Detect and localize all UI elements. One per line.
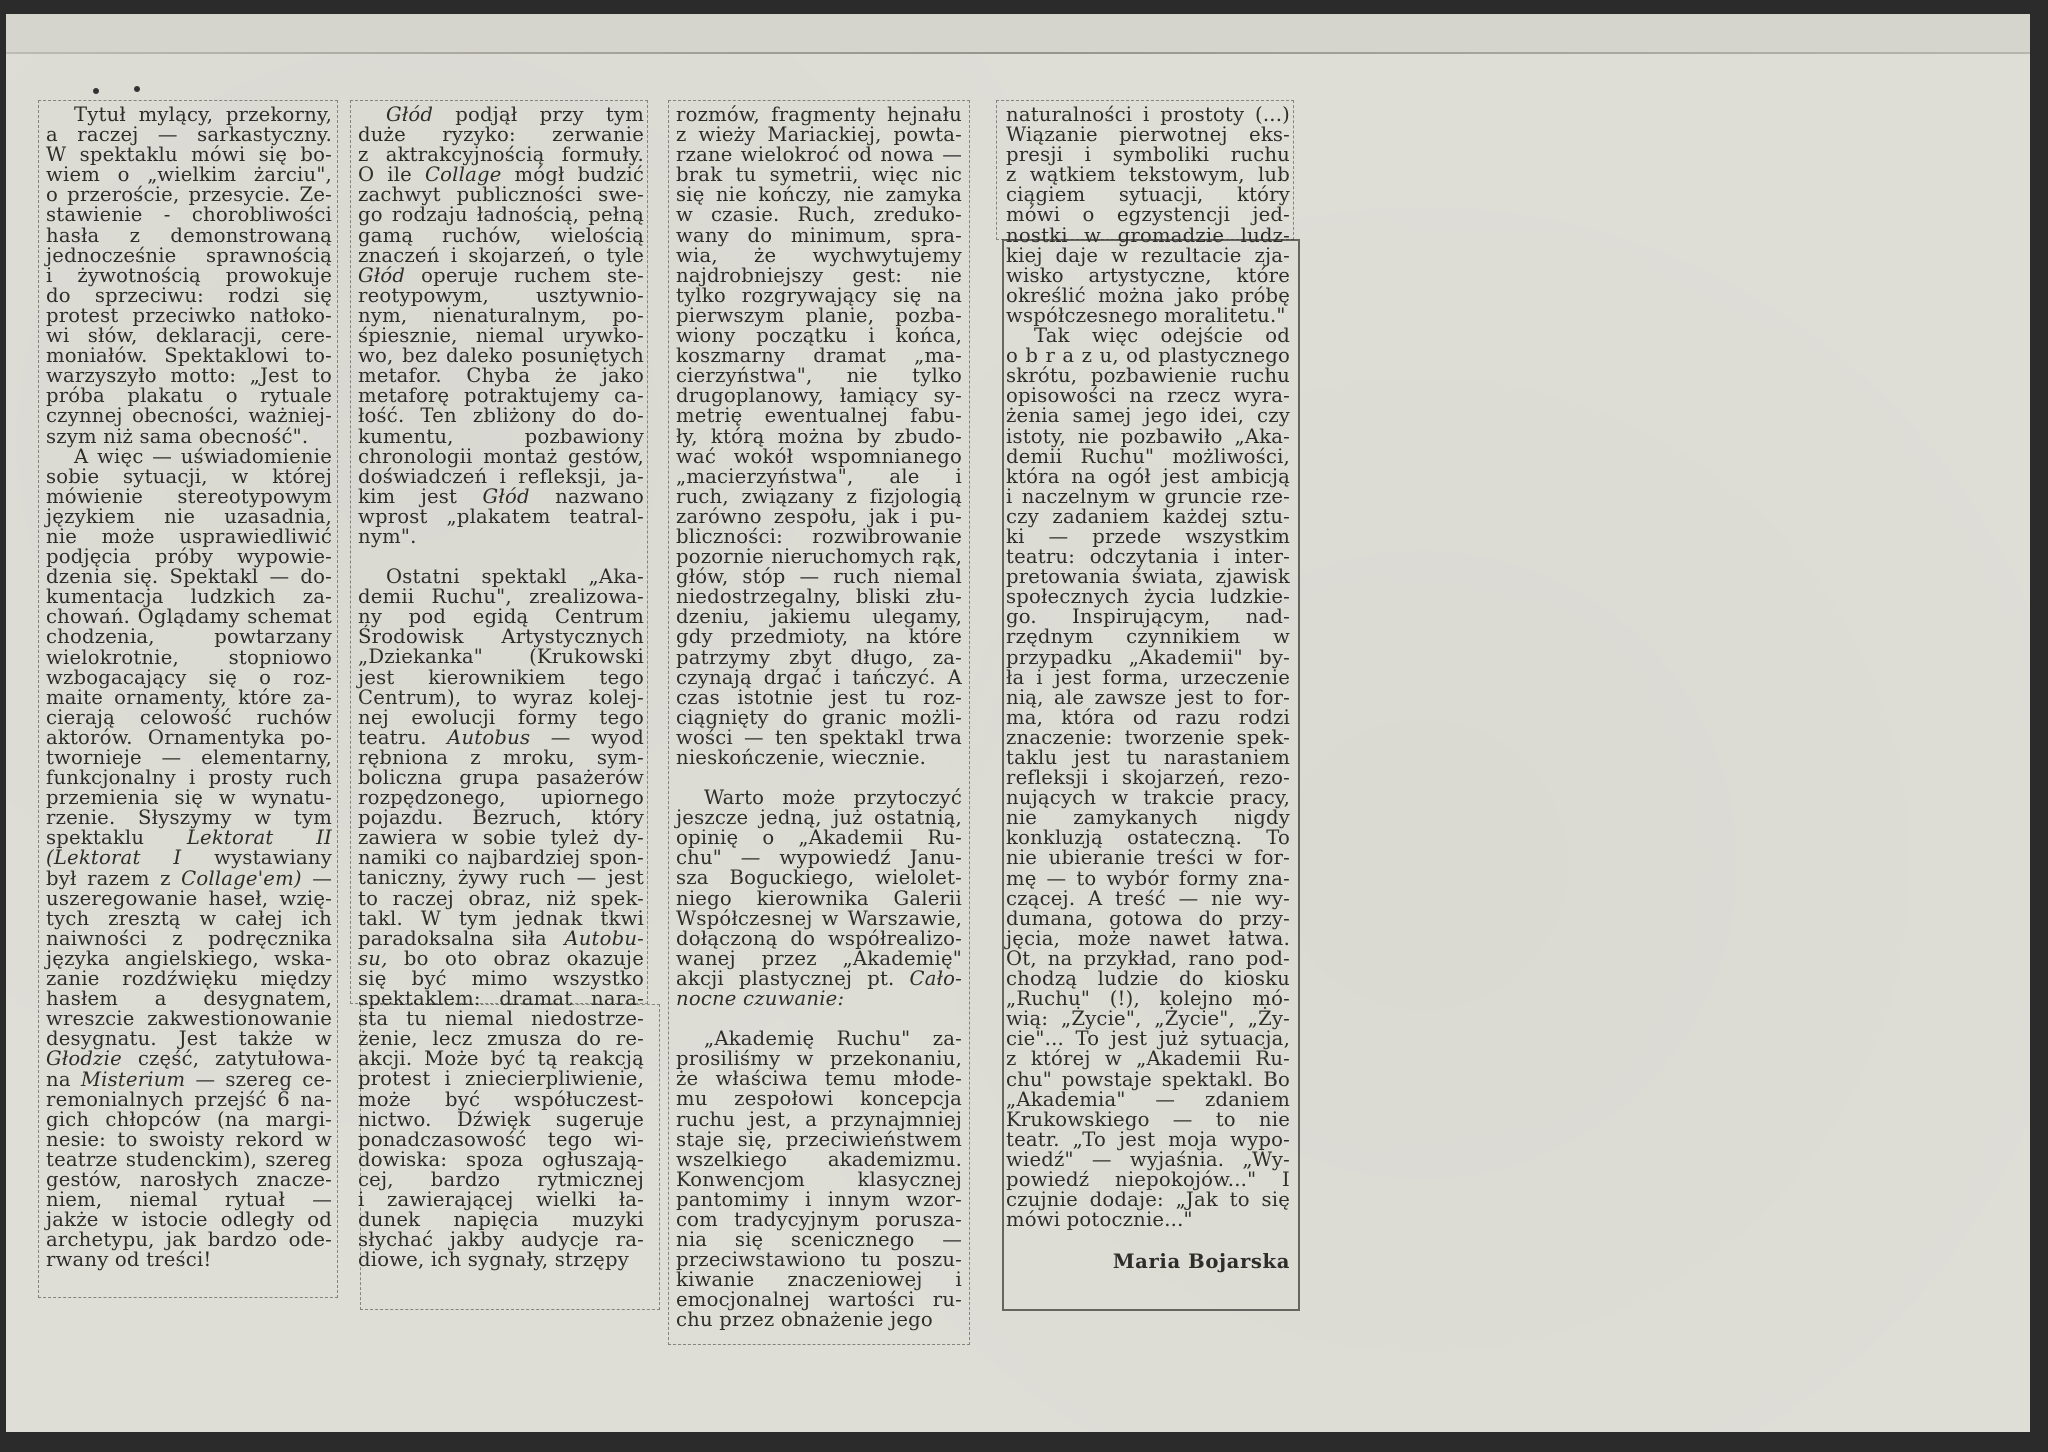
text-line: sza Boguckiego, wielolet- [676, 868, 962, 888]
text-line: A więc — uświadomienie [46, 447, 332, 467]
text-line: z której w „Akademii Ru- [1006, 1049, 1290, 1069]
text-line: czynnej obecności, ważniej- [46, 406, 332, 426]
text-line: konkluzją ostateczną. To [1006, 828, 1290, 848]
text-line: aktorów. Ornamentyka po- [46, 728, 332, 748]
text-line: naiwności z podręcznika [46, 929, 332, 949]
text-line: szym niż sama obecność". [46, 427, 332, 447]
text-line: wiem o „wielkim żarciu", [46, 165, 332, 185]
text-line: dołączoną do współrealizo- [676, 929, 962, 949]
text-line: czynają drgać i tańczyć. A [676, 668, 962, 688]
text-line: chu" powstaje spektakl. Bo [1006, 1070, 1290, 1090]
ink-dot [134, 86, 140, 92]
text-line: emocjonalnej wartości ru- [676, 1290, 962, 1310]
text-line: paradoksalna siła Autobu- [358, 929, 644, 949]
text-line: znaczenie: tworzenie spek- [1006, 728, 1290, 748]
text-line: „macierzyństwa", ale i [676, 467, 962, 487]
text-line: maite ornamenty, które za- [46, 688, 332, 708]
text-line: że właściwa temu młode- [676, 1069, 962, 1089]
text-line: staje się, przeciwieństwem [676, 1130, 962, 1150]
text-line: pozornie nieruchomych rąk, [676, 547, 962, 567]
text-line: wprost „plakatem teatral- [358, 507, 644, 527]
text-line: ły, którą można by zbudo- [676, 427, 962, 447]
text-line: zarówno zespołu, jak i pu- [676, 507, 962, 527]
text-line: znaczeń i skojarzeń, o tyle [358, 246, 644, 266]
text-line: z wieży Mariackiej, powta- [676, 125, 962, 145]
text-line: „Dziekanka" (Krukowski [358, 647, 644, 667]
text-line: kim jest Głód nazwano [358, 487, 644, 507]
text-line: nej ewolucji formy tego [358, 708, 644, 728]
text-line: archetypu, jak bardzo ode- [46, 1230, 332, 1250]
text-line: Konwencjom klasycznej [676, 1170, 962, 1190]
text-line: najdrobniejszy gest: nie [676, 266, 962, 286]
text-line: su, bo oto obraz okazuje [358, 949, 644, 969]
ink-dot [93, 88, 99, 94]
text-line: to raczej obraz, niż spek- [358, 889, 644, 909]
text-line: nym, nienaturalnym, po- [358, 306, 644, 326]
text-line: naturalności i prostoty (...) [1006, 105, 1290, 125]
text-line: mę — to wybór formy zna- [1006, 869, 1290, 889]
text-line: o przeroście, przesycie. Ze- [46, 185, 332, 205]
text-line: ki — przede wszystkim [1006, 527, 1290, 547]
text-line: tych zresztą w całej ich [46, 909, 332, 929]
text-line: protest i zniecierpliwienie, [358, 1069, 644, 1089]
text-line: nictwo. Dźwięk sugeruje [358, 1110, 644, 1130]
text-line: wiony początku i końca, [676, 326, 962, 346]
text-line: i naczelnym w gruncie rze- [1006, 487, 1290, 507]
text-line: łość. Ten zbliżony do do- [358, 406, 644, 426]
text-line: teatr. „To jest moja wypo- [1006, 1130, 1290, 1150]
text-line: wreszcie zakwestionowanie [46, 1009, 332, 1029]
text-line: jest kierownikiem tego [358, 668, 644, 688]
text-line: do sprzeciwu: rodzi się [46, 286, 332, 306]
text-line: przypadku „Akademii" by- [1006, 648, 1290, 668]
text-line: teatru: odczytania i inter- [1006, 547, 1290, 567]
text-line: rzane wielokroć od nowa — [676, 145, 962, 165]
text-line: nia się scenicznego — [676, 1230, 962, 1250]
text-line: spektaklem: dramat nara- [358, 989, 644, 1009]
text-line: rębniona z mroku, sym- [358, 748, 644, 768]
text-line: nie ubieranie treści w for- [1006, 848, 1290, 868]
text-line: Tytuł mylący, przekorny, [46, 105, 332, 125]
text-line: wisko artystyczne, które [1006, 266, 1290, 286]
text-line: drugoplanowy, łamiący sy- [676, 386, 962, 406]
text-line: wać wokół wspomnianego [676, 447, 962, 467]
text-line: pretowania świata, zjawisk [1006, 567, 1290, 587]
text-line: niego kierownika Galerii [676, 889, 962, 909]
text-line: „Akademia" — zdaniem [1006, 1090, 1290, 1110]
text-line: ruchu jest, a przynajmniej [676, 1110, 962, 1130]
text-line: metaforę potraktujemy ca- [358, 386, 644, 406]
text-line: teatru. Autobus — wyod [358, 728, 644, 748]
text-line: przemienia się w wynatu- [46, 788, 332, 808]
text-line: czy zadaniem każdej sztu- [1006, 507, 1290, 527]
text-line: jednocześnie sprawnością [46, 246, 332, 266]
article-column-1: Tytuł mylący, przekorny,a raczej — sarka… [46, 105, 332, 1270]
text-line: podjęcia próby wypowie- [46, 547, 332, 567]
text-line: ła i jest forma, urzeczenie [1006, 668, 1290, 688]
text-line: „Akademię Ruchu" za- [676, 1029, 962, 1049]
text-line: śpiesznie, niemal urywko- [358, 326, 644, 346]
text-line: żenia samej jego idei, czy [1006, 406, 1290, 426]
text-line: w czasie. Ruch, zreduko- [676, 205, 962, 225]
text-line: Ostatni spektakl „Aka- [358, 567, 644, 587]
text-line: pantomimy i innym wzor- [676, 1190, 962, 1210]
text-line: Tak więc odejście od [1006, 326, 1290, 346]
text-line: ciągnięty do granic możli- [676, 708, 962, 728]
text-line: mówienie stereotypowym [46, 487, 332, 507]
text-line: patrzymy zbyt długo, za- [676, 648, 962, 668]
text-line: opinię o „Akademii Ru- [676, 828, 962, 848]
text-line: desygnatu. Jest także w [46, 1029, 332, 1049]
text-line: teatrze studenckim), szereg [46, 1150, 332, 1170]
text-line: dumana, gotowa do przy- [1006, 909, 1290, 929]
text-line: sobie sytuacji, w której [46, 467, 332, 487]
text-line: się być mimo wszystko [358, 969, 644, 989]
text-line: Głód operuje ruchem ste- [358, 266, 644, 286]
text-line: jęcia, może nawet łatwa. [1006, 929, 1290, 949]
text-line: wielokrotnie, stopniowo [46, 648, 332, 668]
text-line: gdy przedmioty, na które [676, 627, 962, 647]
text-line: wości — ten spektakl trwa [676, 728, 962, 748]
text-line: pojazdu. Bezruch, który [358, 808, 644, 828]
text-line: określić można jako próbę [1006, 286, 1290, 306]
text-line: ma, która od razu rodzi [1006, 708, 1290, 728]
text-line: Ot, na przykład, rano pod- [1006, 949, 1290, 969]
text-line: akcji. Może być tą reakcją [358, 1049, 644, 1069]
text-line: nieskończenie, wiecznie. [676, 748, 962, 768]
text-line: ruch, związany z fizjologią [676, 487, 962, 507]
text-line: prosiliśmy w przekonaniu, [676, 1049, 962, 1069]
text-line: spektaklu Lektorat II [46, 828, 332, 848]
text-line: wi słów, deklaracji, cere- [46, 326, 332, 346]
text-line: na Misterium — szereg ce- [46, 1070, 332, 1090]
text-line: rzędnym czynnikiem w [1006, 627, 1290, 647]
text-line: z aktrakcyjnością formuły. [358, 145, 644, 165]
text-line: czas istotnie jest tu roz- [676, 688, 962, 708]
text-line: próba plakatu o rytuale [46, 386, 332, 406]
text-line: nocne czuwanie: [676, 989, 962, 1009]
text-line: zawiera w sobie tyleż dy- [358, 828, 644, 848]
text-line: Wiązanie pierwotnej eks- [1006, 125, 1290, 145]
text-line: jeszcze jedną, już ostatnią, [676, 808, 962, 828]
text-line: chu" — wypowiedź Janu- [676, 848, 962, 868]
text-line: która na ogół jest ambicją [1006, 467, 1290, 487]
text-line: Głód podjął przy tym [358, 105, 644, 125]
text-line: niedostrzegalny, bliski złu- [676, 587, 962, 607]
text-line: z wątkiem tekstowym, lub [1006, 165, 1290, 185]
text-line: dzeniu, jakiemu ulegamy, [676, 607, 962, 627]
text-line: com tradycyjnym porusza- [676, 1210, 962, 1230]
text-line: kumentu, pozbawiony [358, 427, 644, 447]
text-line: czujnie dodaje: „Jak to się [1006, 1190, 1290, 1210]
text-line: nostki w gromadzie ludz- [1006, 226, 1290, 246]
text-line: presji i symboliki ruchu [1006, 145, 1290, 165]
text-line: nie zamykanych nigdy [1006, 808, 1290, 828]
text-line: akcji plastycznej pt. Cało- [676, 969, 962, 989]
text-line: twornieje — elementarny, [46, 748, 332, 768]
text-line: go. Inspirującym, nad- [1006, 607, 1290, 627]
text-line: rozpędzonego, upiornego [358, 788, 644, 808]
text-line: brak tu symetrii, więc nic [676, 165, 962, 185]
text-line: Współczesnej w Warszawie, [676, 909, 962, 929]
text-line: duże ryzyko: zerwanie [358, 125, 644, 145]
text-line: ciągiem sytuacji, który [1006, 185, 1290, 205]
text-line: a raczej — sarkastyczny. [46, 125, 332, 145]
text-line: taklu jest tu narastaniem [1006, 748, 1290, 768]
text-line: bliczności: rozwibrowanie [676, 527, 962, 547]
text-line: skrótu, pozbawienie ruchu [1006, 366, 1290, 386]
text-line: rwany od treści! [46, 1250, 332, 1270]
text-line: warzyszyło motto: „Jest to [46, 366, 332, 386]
text-line: przeciwstawiono tu poszu- [676, 1250, 962, 1270]
text-line: zanie rozdźwięku między [46, 969, 332, 989]
text-line: nie może usprawiedliwić [46, 527, 332, 547]
article-column-3: rozmów, fragmenty hejnałuz wieży Mariack… [676, 105, 962, 1331]
text-line: dowiska: spoza ogłuszają- [358, 1150, 644, 1170]
text-line: Centrum), to wyraz kolej- [358, 688, 644, 708]
text-line: żenie, lecz zmusza do re- [358, 1029, 644, 1049]
text-line: protest przeciwko natłoko- [46, 306, 332, 326]
text-line: kiwanie znaczeniowej i [676, 1270, 962, 1290]
text-line: i żywotnością prowokuje [46, 266, 332, 286]
text-line: niem, niemal rytuał — [46, 1190, 332, 1210]
text-line: funkcjonalny i prosty ruch [46, 768, 332, 788]
text-line: namiki co najbardziej spon- [358, 848, 644, 868]
text-line: i zawierającej wielki ła- [358, 1190, 644, 1210]
article-column-2: Głód podjął przy tymduże ryzyko: zerwani… [358, 105, 644, 1270]
text-line: się nie kończy, nie zamyka [676, 185, 962, 205]
text-line: nią, ale zawsze jest to for- [1006, 688, 1290, 708]
text-line: tylko rozgrywający się na [676, 286, 962, 306]
text-line: wanej przez „Akademię" [676, 949, 962, 969]
text-line: Krukowskiego — to nie [1006, 1110, 1290, 1130]
text-line: takl. W tym jednak tkwi [358, 909, 644, 929]
text-line: dunek napięcia muzyki [358, 1210, 644, 1230]
text-line: głów, stóp — ruch niemal [676, 567, 962, 587]
article-column-4: naturalności i prostoty (...)Wiązanie pi… [1006, 105, 1290, 1272]
text-line: był razem z Collage'em) — [46, 869, 332, 889]
text-line: W spektaklu mówi się bo- [46, 145, 332, 165]
text-line: reotypowym, usztywnio- [358, 286, 644, 306]
fold-line [6, 52, 2030, 54]
text-line: nym". [358, 527, 644, 547]
text-line: rozmów, fragmenty hejnału [676, 105, 962, 125]
text-line: metafor. Chyba że jako [358, 366, 644, 386]
text-line: O ile Collage mógł budzić [358, 165, 644, 185]
text-line: demii Ruchu", zrealizowa- [358, 587, 644, 607]
text-line: hasłem a desygnatem, [46, 989, 332, 1009]
text-line: Warto może przytoczyć [676, 788, 962, 808]
text-line: stawienie - chorobliwości [46, 205, 332, 225]
text-line: wiedź" — wyjaśnia. „Wy- [1006, 1150, 1290, 1170]
text-line: chronologii montaż gestów, [358, 447, 644, 467]
text-line: Głodzie część, zatytułowa- [46, 1049, 332, 1069]
text-line: mówi potocznie..." [1006, 1210, 1290, 1230]
text-line: cie"... To jest już sytuacja, [1006, 1029, 1290, 1049]
text-line: o b r a z u, od plastycznego [1006, 346, 1290, 366]
text-line: chodzenia, powtarzany [46, 627, 332, 647]
text-line: wany do minimum, spra- [676, 226, 962, 246]
text-line: mu zespołowi koncepcja [676, 1089, 962, 1109]
text-line: rzenie. Słyszymy w tym [46, 808, 332, 828]
text-line: współczesnego moralitetu." [1006, 306, 1290, 326]
text-line: diowe, ich sygnały, strzępy [358, 1250, 644, 1270]
text-line: cierają celowość ruchów [46, 708, 332, 728]
newspaper-clipping: Tytuł mylący, przekorny,a raczej — sarka… [6, 14, 2030, 1432]
author-signature: Maria Bojarska [1006, 1252, 1290, 1272]
text-line: czącej. A treść — nie wy- [1006, 889, 1290, 909]
text-line: metrię ewentualnej fabu- [676, 406, 962, 426]
text-line: jakże w istocie odległy od [46, 1210, 332, 1230]
text-line: demii Ruchu" możliwości, [1006, 447, 1290, 467]
text-line: uszeregowanie haseł, wzię- [46, 889, 332, 909]
text-line: wzbogacający się o roz- [46, 668, 332, 688]
text-line: chodzą ludzie do kiosku [1006, 969, 1290, 989]
text-line: dzenia się. Spektakl — do- [46, 567, 332, 587]
text-line: doświadczeń i refleksji, ja- [358, 467, 644, 487]
text-line: języka angielskiego, wska- [46, 949, 332, 969]
text-line: hasła z demonstrowaną [46, 226, 332, 246]
text-line: taniczny, żywy ruch — jest [358, 868, 644, 888]
text-line: słychać jakby audycje ra- [358, 1230, 644, 1250]
text-line: boliczna grupa pasażerów [358, 768, 644, 788]
text-line: chu przez obnażenie jego [676, 1310, 962, 1330]
text-line: (Lektorat I wystawiany [46, 848, 332, 868]
text-line: Środowisk Artystycznych [358, 627, 644, 647]
text-line: nesie: to swoisty rekord w [46, 1130, 332, 1150]
text-line: nujących w trakcie pracy, [1006, 788, 1290, 808]
text-line: wią: „Życie", „Życie", „Ży- [1006, 1009, 1290, 1029]
text-line: opisowości na rzecz wyra- [1006, 386, 1290, 406]
text-line: może być współuczest- [358, 1090, 644, 1110]
text-line: mówi o egzystencji jed- [1006, 205, 1290, 225]
text-line: sta tu niemal niedostrze- [358, 1009, 644, 1029]
text-line: wo, bez daleko posuniętych [358, 346, 644, 366]
text-line: istoty, nie pozbawiło „Aka- [1006, 427, 1290, 447]
text-line: remonialnych przejść 6 na- [46, 1090, 332, 1110]
text-line: refleksji i skojarzeń, rezo- [1006, 768, 1290, 788]
text-line: społecznych życia ludzkie- [1006, 587, 1290, 607]
text-line: wia, że wychwytujemy [676, 246, 962, 266]
text-line: gich chłopców (na margi- [46, 1110, 332, 1130]
text-line: gamą ruchów, wielością [358, 226, 644, 246]
top-margin-strip [6, 14, 2030, 52]
text-line: pierwszym planie, pozba- [676, 306, 962, 326]
text-line: kumentacja ludzkich za- [46, 587, 332, 607]
text-line: wszelkiego akademizmu. [676, 1150, 962, 1170]
text-line: zachwyt publiczności swe- [358, 185, 644, 205]
text-line: go rodzaju ładnością, pełną [358, 205, 644, 225]
text-line: ponadczasowość tego wi- [358, 1130, 644, 1150]
text-line: moniałów. Spektaklowi to- [46, 346, 332, 366]
text-line: koszmarny dramat „ma- [676, 346, 962, 366]
text-line: cej, bardzo rytmicznej [358, 1170, 644, 1190]
text-line: językiem nie uzasadnia, [46, 507, 332, 527]
text-line: chowań. Oglądamy schemat [46, 607, 332, 627]
text-line: gestów, narosłych znacze- [46, 1170, 332, 1190]
text-line: cierzyństwa", nie tylko [676, 366, 962, 386]
text-line: powiedź niepokojów..." I [1006, 1170, 1290, 1190]
text-line: kiej daje w rezultacie zja- [1006, 246, 1290, 266]
